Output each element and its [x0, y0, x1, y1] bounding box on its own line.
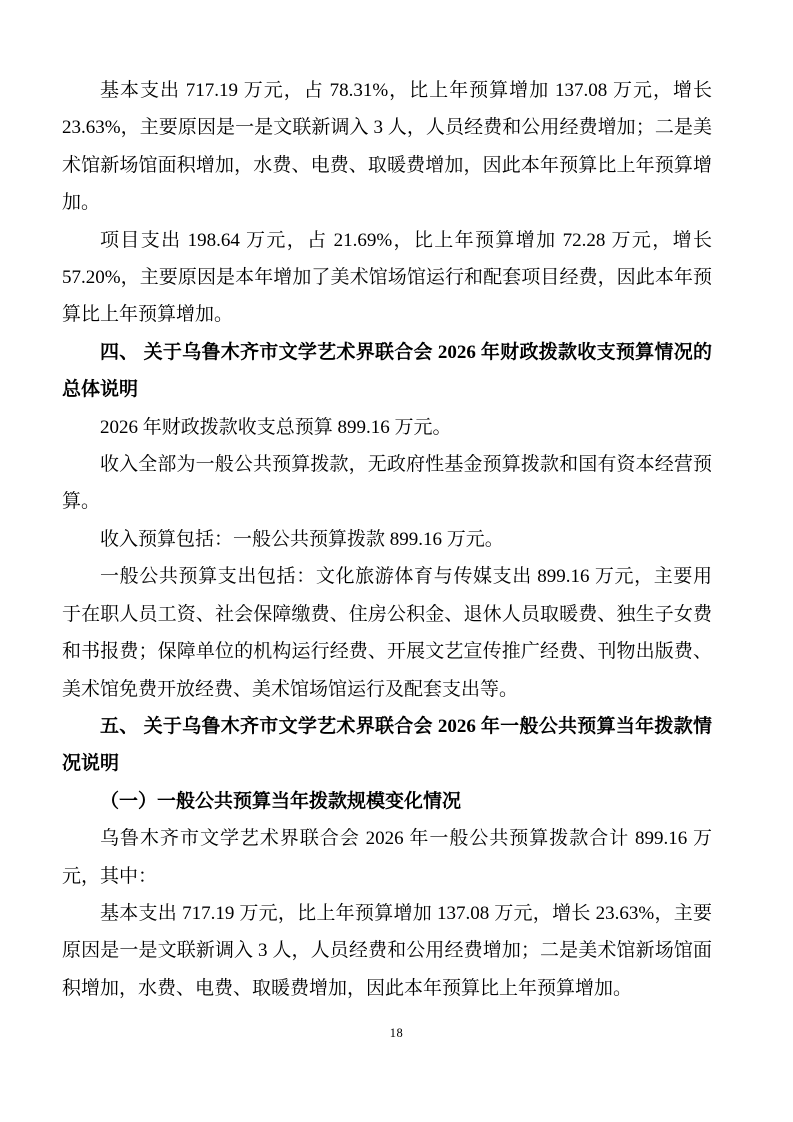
paragraph-general-public-budget-expenditure: 一般公共预算支出包括：文化旅游体育与传媒支出 899.16 万元，主要用于在职人… [62, 558, 712, 708]
paragraph-revenue-budget-composition: 收入预算包括：一般公共预算拨款 899.16 万元。 [62, 521, 712, 558]
subsection-heading-1-appropriation-scale-change: （一）一般公共预算当年拨款规模变化情况 [62, 783, 712, 820]
paragraph-project-expenditure-overview: 项目支出 198.64 万元，占 21.69%，比上年预算增加 72.28 万元… [62, 222, 712, 334]
paragraph-basic-expenditure-change: 基本支出 717.19 万元，比上年预算增加 137.08 万元，增长 23.6… [62, 895, 712, 1007]
paragraph-total-appropriation: 乌鲁木齐市文学艺术界联合会 2026 年一般公共预算拨款合计 899.16 万元… [62, 820, 712, 895]
paragraph-revenue-source: 收入全部为一般公共预算拨款，无政府性基金预算拨款和国有资本经营预算。 [62, 446, 712, 521]
paragraph-total-fiscal-budget: 2026 年财政拨款收支总预算 899.16 万元。 [62, 409, 712, 446]
page-number: 18 [0, 1026, 793, 1041]
section-heading-4-fiscal-appropriation-overview: 四、 关于乌鲁木齐市文学艺术界联合会 2026 年财政拨款收支预算情况的总体说明 [62, 334, 712, 409]
section-heading-5-current-year-appropriation: 五、 关于乌鲁木齐市文学艺术界联合会 2026 年一般公共预算当年拨款情况说明 [62, 708, 712, 783]
document-body: 基本支出 717.19 万元，占 78.31%，比上年预算增加 137.08 万… [62, 72, 712, 1007]
paragraph-basic-expenditure-overview: 基本支出 717.19 万元，占 78.31%，比上年预算增加 137.08 万… [62, 72, 712, 222]
document-page: 基本支出 717.19 万元，占 78.31%，比上年预算增加 137.08 万… [0, 0, 793, 1122]
